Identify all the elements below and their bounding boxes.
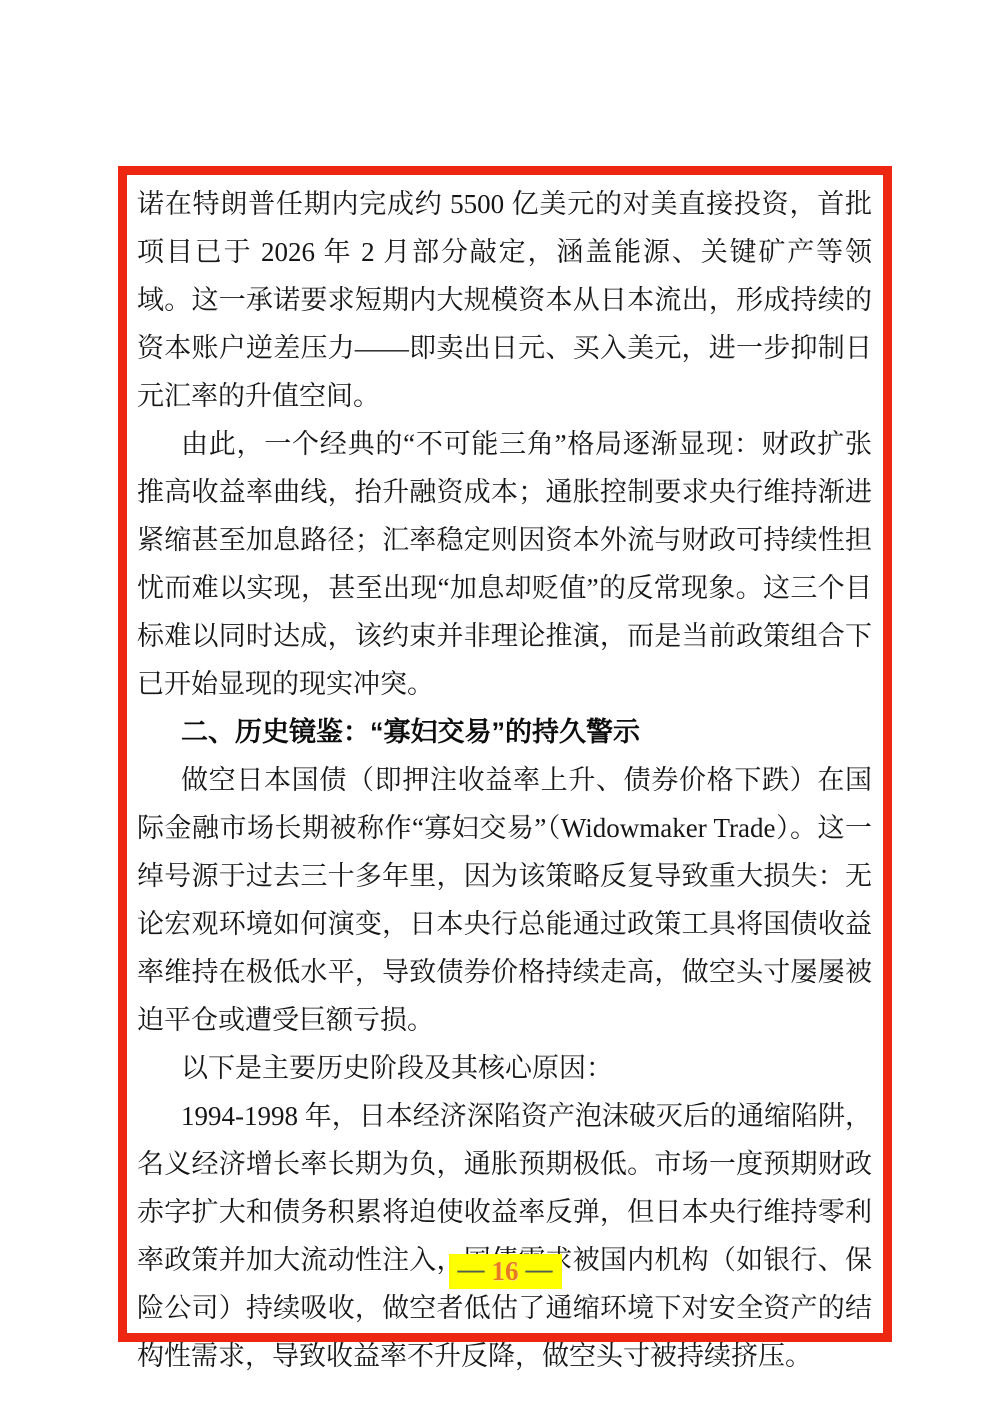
page-border-frame: 诺在特朗普任期内完成约 5500 亿美元的对美直接投资，首批项目已于 2026 … [118,166,892,1342]
document-page: 诺在特朗普任期内完成约 5500 亿美元的对美直接投资，首批项目已于 2026 … [0,0,1000,1414]
section-heading-widowmaker: 二、历史镜鉴：“寡妇交易”的持久警示 [137,708,872,756]
paragraph-continuation: 诺在特朗普任期内完成约 5500 亿美元的对美直接投资，首批项目已于 2026 … [137,180,872,420]
paragraph-widowmaker-trade: 做空日本国债（即押注收益率上升、债券价格下跌）在国际金融市场长期被称作“寡妇交易… [137,756,872,1044]
paragraph-impossible-triangle: 由此，一个经典的“不可能三角”格局逐渐显现：财政扩张推高收益率曲线，抬升融资成本… [137,420,872,708]
footer-dash-left: — [458,1254,485,1284]
paragraph-history-intro: 以下是主要历史阶段及其核心原因： [137,1044,872,1092]
page-number-highlight: —16— [449,1254,562,1289]
footer-dash-right: — [526,1254,553,1284]
paragraph-1994-1998: 1994-1998 年，日本经济深陷资产泡沫破灭后的通缩陷阱，名义经济增长率长期… [137,1092,872,1380]
page-footer: —16— [127,1254,883,1289]
page-number: 16 [492,1256,519,1286]
